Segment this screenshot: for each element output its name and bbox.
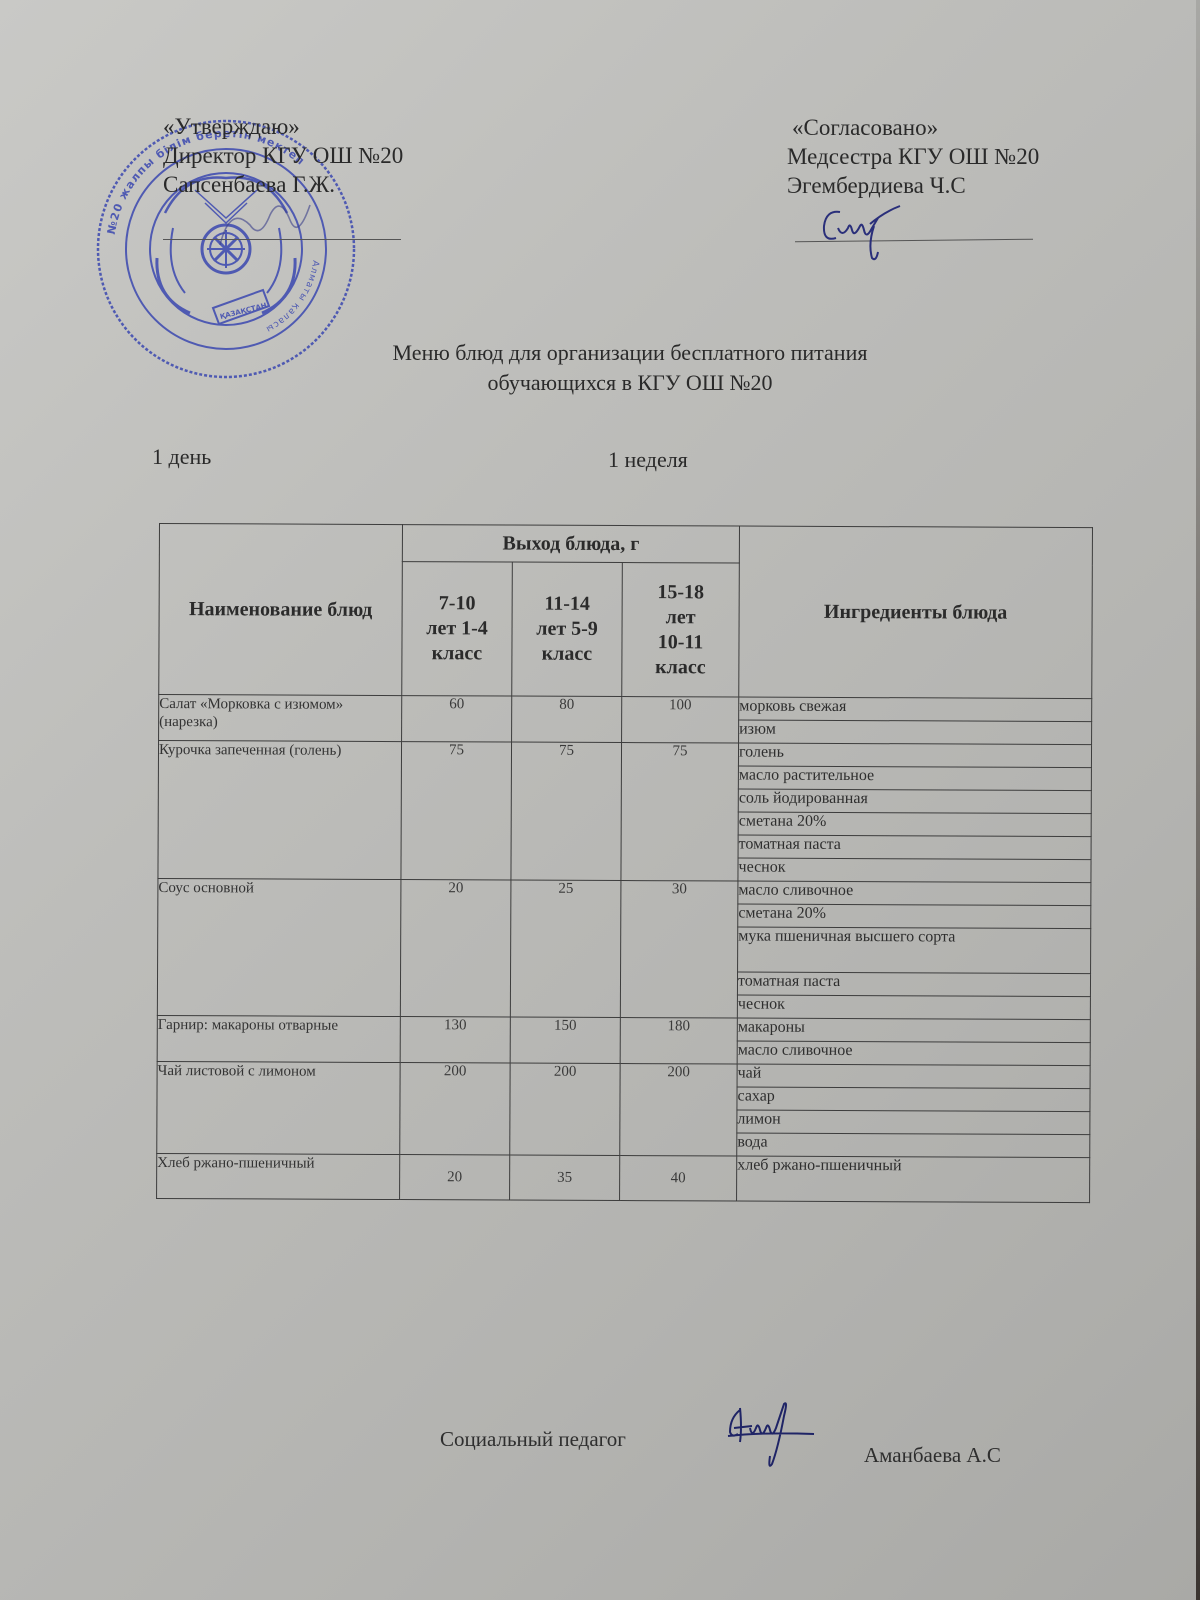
header-dish-name: Наименование блюд: [159, 524, 403, 696]
document-title: Меню блюд для организации бесплатного пи…: [300, 338, 960, 398]
ingredient-cell: голень: [738, 743, 1091, 768]
approval-heading: «Утверждаю»: [163, 112, 403, 141]
table-row: Чай листовой с лимоном200200200чай: [157, 1061, 1090, 1088]
agreement-position: Медсестра КГУ ОШ №20: [787, 142, 1039, 171]
header-age-line: 11-14: [513, 592, 622, 617]
social-teacher-signature-icon: [722, 1398, 822, 1470]
table-row: Салат «Морковка с изюмом» (нарезка)60801…: [159, 695, 1092, 722]
ingredient-cell: вода: [737, 1133, 1090, 1158]
ingredient-cell: макароны: [737, 1018, 1090, 1043]
ingredient-cell: хлеб ржано-пшеничный: [737, 1156, 1090, 1203]
ingredient-cell: морковь свежая: [739, 697, 1092, 722]
header-age-7-10: 7-10 лет 1-4 класс: [402, 562, 513, 696]
dish-name-cell: Курочка запеченная (голень): [158, 741, 402, 880]
nurse-signature-icon: [818, 200, 908, 262]
ingredient-cell: сметана 20%: [738, 812, 1091, 837]
header-yield-group: Выход блюда, г: [402, 525, 739, 563]
yield-cell: 40: [620, 1156, 737, 1202]
table-surface-edge: [1196, 0, 1200, 1600]
yield-cell: 30: [620, 881, 738, 1019]
week-label: 1 неделя: [608, 447, 688, 473]
day-label: 1 день: [152, 444, 211, 470]
header-age-line: 10-11: [622, 630, 738, 656]
ingredient-cell: соль йодированная: [738, 789, 1091, 814]
ingredient-cell: чеснок: [738, 858, 1091, 883]
yield-cell: 200: [400, 1063, 510, 1155]
dish-name-cell: Чай листовой с лимоном: [157, 1061, 400, 1154]
table-row: Гарнир: макароны отварные130150180макаро…: [157, 1015, 1090, 1042]
ingredient-cell: сахар: [737, 1087, 1090, 1112]
header-age-line: 15-18: [623, 580, 739, 606]
yield-cell: 130: [400, 1017, 510, 1063]
header-age-line: лет 1-4: [402, 616, 511, 641]
table-row: Курочка запеченная (голень)757575голень: [158, 741, 1091, 768]
ingredient-cell: томатная паста: [737, 972, 1090, 997]
header-age-line: лет 5-9: [512, 617, 621, 642]
dish-name-cell: Гарнир: макароны отварные: [157, 1015, 400, 1062]
title-line-1: Меню блюд для организации бесплатного пи…: [300, 338, 960, 368]
yield-cell: 25: [510, 880, 621, 1017]
dish-name-cell: Хлеб ржано-пшеничный: [157, 1153, 400, 1199]
yield-cell: 150: [510, 1017, 620, 1063]
yield-cell: 180: [620, 1018, 737, 1065]
ingredient-cell: масло сливочное: [737, 1041, 1090, 1066]
menu-table-body: Салат «Морковка с изюмом» (нарезка)60801…: [157, 695, 1092, 1203]
yield-cell: 75: [511, 742, 622, 880]
director-signature-icon: [210, 185, 330, 265]
header-age-line: класс: [512, 642, 621, 667]
menu-table: Наименование блюд Выход блюда, г Ингреди…: [156, 523, 1093, 1203]
ingredient-cell: лимон: [737, 1110, 1090, 1135]
ingredient-cell: масло сливочное: [738, 881, 1091, 906]
approval-position: Директор КГУ ОШ №20: [163, 141, 403, 170]
table-row: Соус основной202530масло сливочное: [158, 878, 1091, 905]
dish-name-cell: Соус основной: [157, 878, 401, 1016]
yield-cell: 200: [620, 1064, 737, 1157]
header-age-line: класс: [622, 655, 738, 681]
header-age-line: 7-10: [403, 591, 512, 616]
agreement-person: Эгембердиева Ч.С: [787, 171, 1039, 200]
agreement-block: «Согласовано» Медсестра КГУ ОШ №20 Эгемб…: [787, 113, 1039, 200]
yield-cell: 20: [400, 1155, 510, 1200]
ingredient-cell: сметана 20%: [738, 904, 1091, 929]
ingredient-cell: изюм: [739, 720, 1092, 745]
agreement-heading: «Согласовано»: [787, 113, 1039, 142]
dish-name-cell: Салат «Морковка с изюмом» (нарезка): [159, 695, 402, 742]
footer-person: Аманбаева А.С: [864, 1443, 1001, 1468]
svg-text:ҚАЗАҚСТАН: ҚАЗАҚСТАН: [219, 302, 267, 321]
yield-cell: 60: [402, 696, 512, 742]
ingredient-cell: чеснок: [737, 995, 1090, 1020]
ingredient-cell: чай: [737, 1064, 1090, 1089]
table-row: Хлеб ржано-пшеничный203540хлеб ржано-пше…: [157, 1153, 1090, 1202]
footer-role: Социальный педагог: [440, 1427, 626, 1452]
header-ingredients: Ингредиенты блюда: [739, 526, 1093, 699]
yield-cell: 75: [401, 742, 512, 880]
header-age-15-18: 15-18 лет 10-11 класс: [622, 563, 740, 698]
header-age-line: лет: [623, 605, 739, 631]
yield-cell: 35: [510, 1155, 620, 1200]
ingredient-cell: масло растительное: [738, 766, 1091, 791]
ingredient-cell: томатная паста: [738, 835, 1091, 860]
ingredient-cell: мука пшеничная высшего сорта: [738, 927, 1091, 974]
yield-cell: 200: [510, 1063, 620, 1155]
header-age-11-14: 11-14 лет 5-9 класс: [512, 562, 623, 696]
yield-cell: 20: [400, 880, 511, 1017]
title-line-2: обучающихся в КГУ ОШ №20: [300, 368, 960, 398]
yield-cell: 75: [621, 743, 739, 882]
yield-cell: 80: [512, 696, 622, 742]
header-age-line: класс: [402, 641, 511, 666]
yield-cell: 100: [622, 697, 739, 744]
